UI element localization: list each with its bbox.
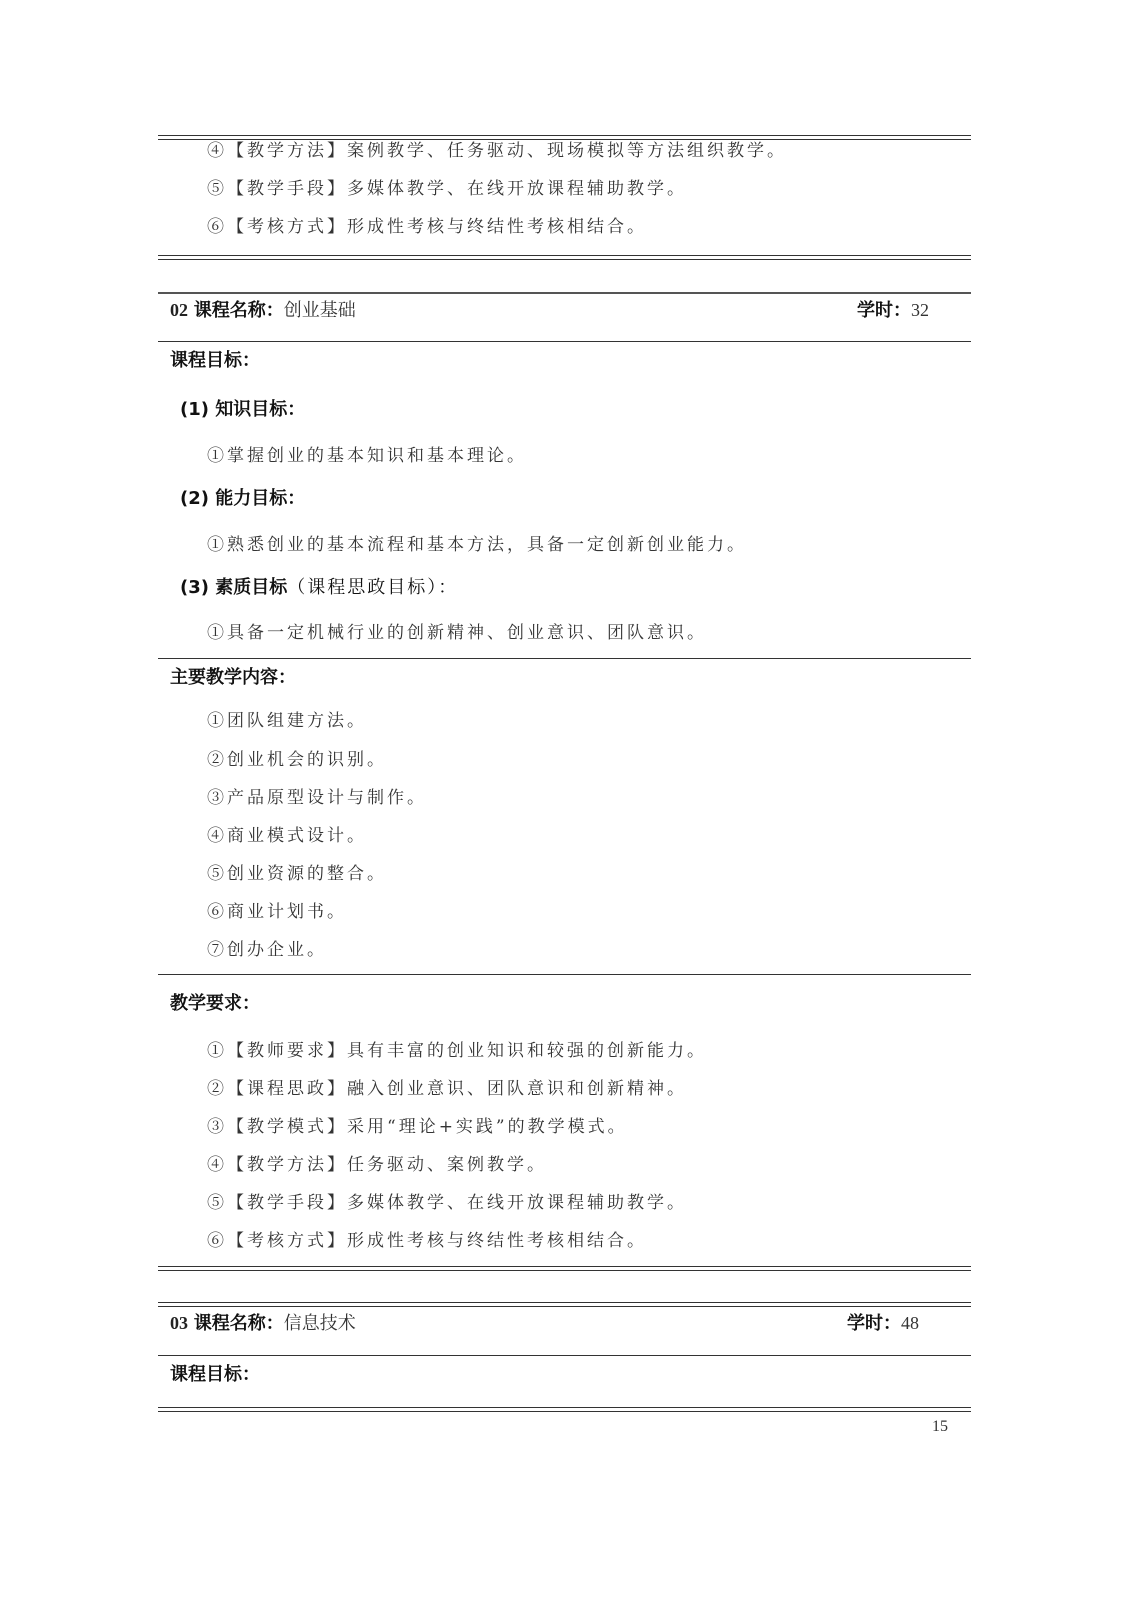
course-03-hours: 48 — [901, 1313, 919, 1333]
course-03-name: 信息技术 — [284, 1313, 356, 1334]
requirement-item: ④【教学方法】任务驱动、案例教学。 — [207, 1155, 547, 1175]
course-02-top-rule — [158, 292, 971, 294]
objective-knowledge-item: ①掌握创业的基本知识和基本理论。 — [207, 446, 527, 466]
course-02-name: 创业基础 — [284, 300, 356, 321]
objective-quality-title: (3) 素质目标 — [180, 577, 287, 598]
content-item: ②创业机会的识别。 — [207, 750, 387, 770]
course-03-name-label: 课程名称： — [194, 1313, 284, 1334]
course-03-header: 03 课程名称：信息技术 学时：48 — [170, 1311, 960, 1335]
course-03-hours-label: 学时： — [847, 1313, 901, 1334]
course-02-hours: 32 — [911, 300, 929, 320]
course-03-bottom-rule — [158, 1407, 971, 1412]
prev-requirement-item: ⑥【考核方式】形成性考核与终结性考核相结合。 — [207, 217, 647, 237]
objective-quality-item: ①具备一定机械行业的创新精神、创业意识、团队意识。 — [207, 623, 707, 643]
content-item: ⑥商业计划书。 — [207, 902, 347, 922]
table-top-rule — [158, 135, 971, 140]
course-02-objectives-divider — [158, 658, 971, 659]
objective-ability-heading: (2) 能力目标： — [180, 488, 305, 510]
objective-ability-item: ①熟悉创业的基本流程和基本方法，具备一定创新创业能力。 — [207, 535, 747, 555]
course-03-number: 03 — [170, 1313, 188, 1333]
course-03-header-divider — [158, 1355, 971, 1356]
objective-quality-heading: (3) 素质目标（课程思政目标）： — [180, 577, 458, 599]
objective-knowledge-heading: (1) 知识目标： — [180, 399, 305, 421]
prev-requirement-item: ④【教学方法】案例教学、任务驱动、现场模拟等方法组织教学。 — [207, 141, 787, 161]
requirement-item: ⑤【教学手段】多媒体教学、在线开放课程辅助教学。 — [207, 1193, 687, 1213]
content-item: ⑦创办企业。 — [207, 940, 327, 960]
requirement-item: ⑥【考核方式】形成性考核与终结性考核相结合。 — [207, 1231, 647, 1251]
course-03-top-rule — [158, 1302, 971, 1307]
course-02-content-heading: 主要教学内容： — [170, 667, 296, 689]
course-02-content-divider — [158, 974, 971, 975]
course-02-header: 02 课程名称：创业基础 学时：32 — [170, 298, 960, 322]
course-02-bottom-rule — [158, 1266, 971, 1271]
requirement-item: ①【教师要求】具有丰富的创业知识和较强的创新能力。 — [207, 1041, 707, 1061]
content-item: ④商业模式设计。 — [207, 826, 367, 846]
course-03-objectives-heading: 课程目标： — [170, 1364, 260, 1386]
table-bottom-rule — [158, 255, 971, 260]
prev-requirement-item: ⑤【教学手段】多媒体教学、在线开放课程辅助教学。 — [207, 179, 687, 199]
course-02-name-label: 课程名称： — [194, 300, 284, 321]
page-number: 15 — [932, 1418, 948, 1436]
requirement-item: ③【教学模式】采用“理论+实践”的教学模式。 — [207, 1117, 628, 1137]
course-02-requirements-heading: 教学要求： — [170, 993, 260, 1015]
course-02-hours-label: 学时： — [857, 300, 911, 321]
content-item: ⑤创业资源的整合。 — [207, 864, 387, 884]
course-02-header-divider — [158, 341, 971, 342]
course-02-objectives-heading: 课程目标： — [170, 350, 260, 372]
course-02-number: 02 — [170, 300, 188, 320]
requirement-item: ②【课程思政】融入创业意识、团队意识和创新精神。 — [207, 1079, 687, 1099]
content-item: ③产品原型设计与制作。 — [207, 788, 427, 808]
content-item: ①团队组建方法。 — [207, 711, 367, 731]
objective-quality-suffix: （课程思政目标）： — [287, 577, 458, 598]
